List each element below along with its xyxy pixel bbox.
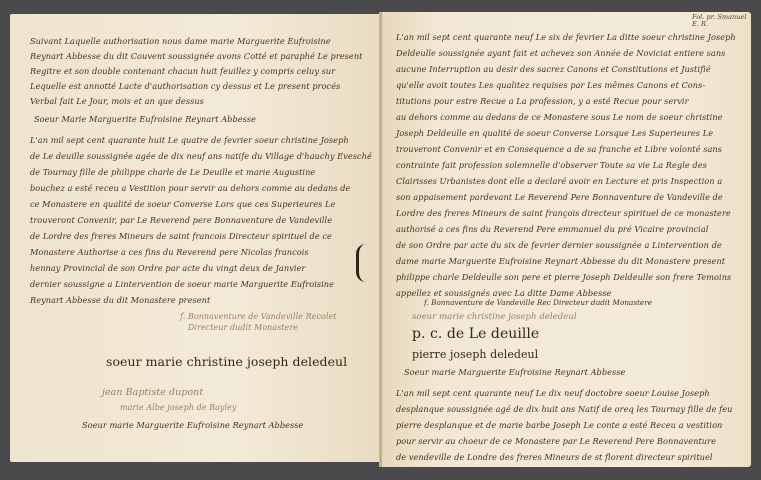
right-p1-line: Clairisses Urbanistes dont elle a declar… (396, 176, 722, 186)
left-p1-line: Verbal fait Le Jour, mois et an que dess… (30, 96, 204, 106)
right-p1-line: dame marie Marguerite Eufroisine Reynart… (396, 256, 725, 266)
right-p1-line: au dehors comme au dedans de ce Monaster… (396, 112, 723, 122)
left-p1-line: Suivant Laquelle authorisation nous dame… (30, 36, 331, 46)
left-signature-witness-2: marie Albe joseph de Bayley (120, 403, 236, 412)
right-p1-line: contrainte fait profession solemnelle d'… (396, 160, 707, 170)
left-signature-witness-1: jean Baptiste dupont (102, 387, 203, 398)
right-p1-line: de son Ordre par acte du six de fevrier … (396, 240, 722, 250)
right-p2-line: pour servir au choeur de ce Monastere pa… (396, 436, 716, 446)
left-p2-line: Monastere Authorise a ces fins du Revere… (30, 247, 309, 257)
left-p2-line: de Lordre des freres Mineurs de saint fr… (30, 231, 332, 241)
right-p1-line: L'an mil sept cent quarante neuf Le six … (396, 32, 736, 42)
right-signature-pierre: pierre joseph deledeul (412, 348, 538, 361)
left-p2-line: de Tournay fille de philippe charle de L… (30, 167, 315, 177)
left-p1-line: Regitre et son double contenant chacun h… (30, 66, 335, 76)
right-signature-philippe: p. c. de Le deuille (412, 326, 539, 342)
left-signature-christine: soeur marie christine joseph deledeul (106, 354, 347, 369)
left-page: Suivant Laquelle authorisation nous dame… (10, 14, 380, 462)
right-p2-line: de vendeville de Londre des freres Mineu… (396, 452, 713, 462)
right-signature-abbess: Soeur marie Marguerite Eufroisine Reynar… (404, 367, 625, 377)
right-p2-line: desplanque soussignée agé de dix huit an… (396, 404, 732, 414)
left-p2-line: hennay Provincial de son Ordre par acte … (30, 263, 305, 273)
right-p1-line: Joseph Deldeulle en qualité de soeur Con… (396, 128, 713, 138)
right-page: Fol. pr. Smanuel E. R. L'an mil sept cen… (382, 12, 751, 467)
right-p1-line: Deldeulle soussignée ayant fait et achev… (396, 48, 725, 58)
right-p1-line: appellez et soussignés avec La ditte Dam… (396, 288, 611, 298)
left-p2-line: L'an mil sept cent quarante huit Le quat… (30, 135, 349, 145)
right-p1-line: titutions pour estre Recue a La professi… (396, 96, 689, 106)
left-p2-line: trouveront Convenir, par Le Reverend per… (30, 215, 332, 225)
left-signature-abbess-2: Soeur marie Marguerite Eufroisine Reynar… (82, 420, 303, 430)
manuscript-spread: Suivant Laquelle authorisation nous dame… (10, 8, 751, 478)
right-signature-recolet: f. Bonnaventure de Vandeville Rec Direct… (424, 298, 652, 307)
right-p1-line: qu'elle avoit toutes Les qualitez requis… (396, 80, 705, 90)
right-p1-line: son appaisement pardevant Le Reverend Pe… (396, 192, 723, 202)
left-p2-line: bouchez a esté receu a Vestition pour se… (30, 183, 350, 193)
right-p2-line: pierre desplanque et de marie barbe Jose… (396, 420, 722, 430)
right-p2-line: L'an mil sept cent quarante neuf Le dix … (396, 388, 710, 398)
binding-brace-mark (356, 244, 369, 282)
right-p1-line: Lordre des freres Mineurs de saint franç… (396, 208, 731, 218)
right-signature-christine: soeur marie christine joseph deledeul (412, 312, 577, 322)
right-p1-line: authorisé a ces fins du Reverend Pere em… (396, 224, 708, 234)
left-signature-abbess: Soeur Marie Marguerite Eufroisine Reynar… (34, 114, 256, 124)
right-p1-line: trouveront Convenir et en Consequence a … (396, 144, 722, 154)
left-p2-line: Reynart Abbesse du dit Monastere present (30, 295, 210, 305)
left-p2-line: dernier soussigne a Lintervention de soe… (30, 279, 334, 289)
right-p1-line: philippe charle Deldeulle son pere et pi… (396, 272, 731, 282)
left-signature-recolet: f. Bonnaventure de Vandeville Recolet (180, 312, 337, 321)
left-p2-line: ce Monastere en qualité de soeur Convers… (30, 199, 335, 209)
right-p1-line: aucune Interruption au desir des sacrez … (396, 64, 711, 74)
left-p1-line: Lequelle est annotté Lacte d'authorisati… (30, 81, 340, 91)
left-signature-directeur: Directeur dudit Monastere (188, 323, 298, 332)
corner-folio-note: Fol. pr. Smanuel E. R. (692, 14, 747, 28)
left-p1-line: Reynart Abbesse du dit Couvent soussigné… (30, 51, 363, 61)
left-p2-line: de Le deuille soussignée agée de dix neu… (30, 151, 372, 161)
